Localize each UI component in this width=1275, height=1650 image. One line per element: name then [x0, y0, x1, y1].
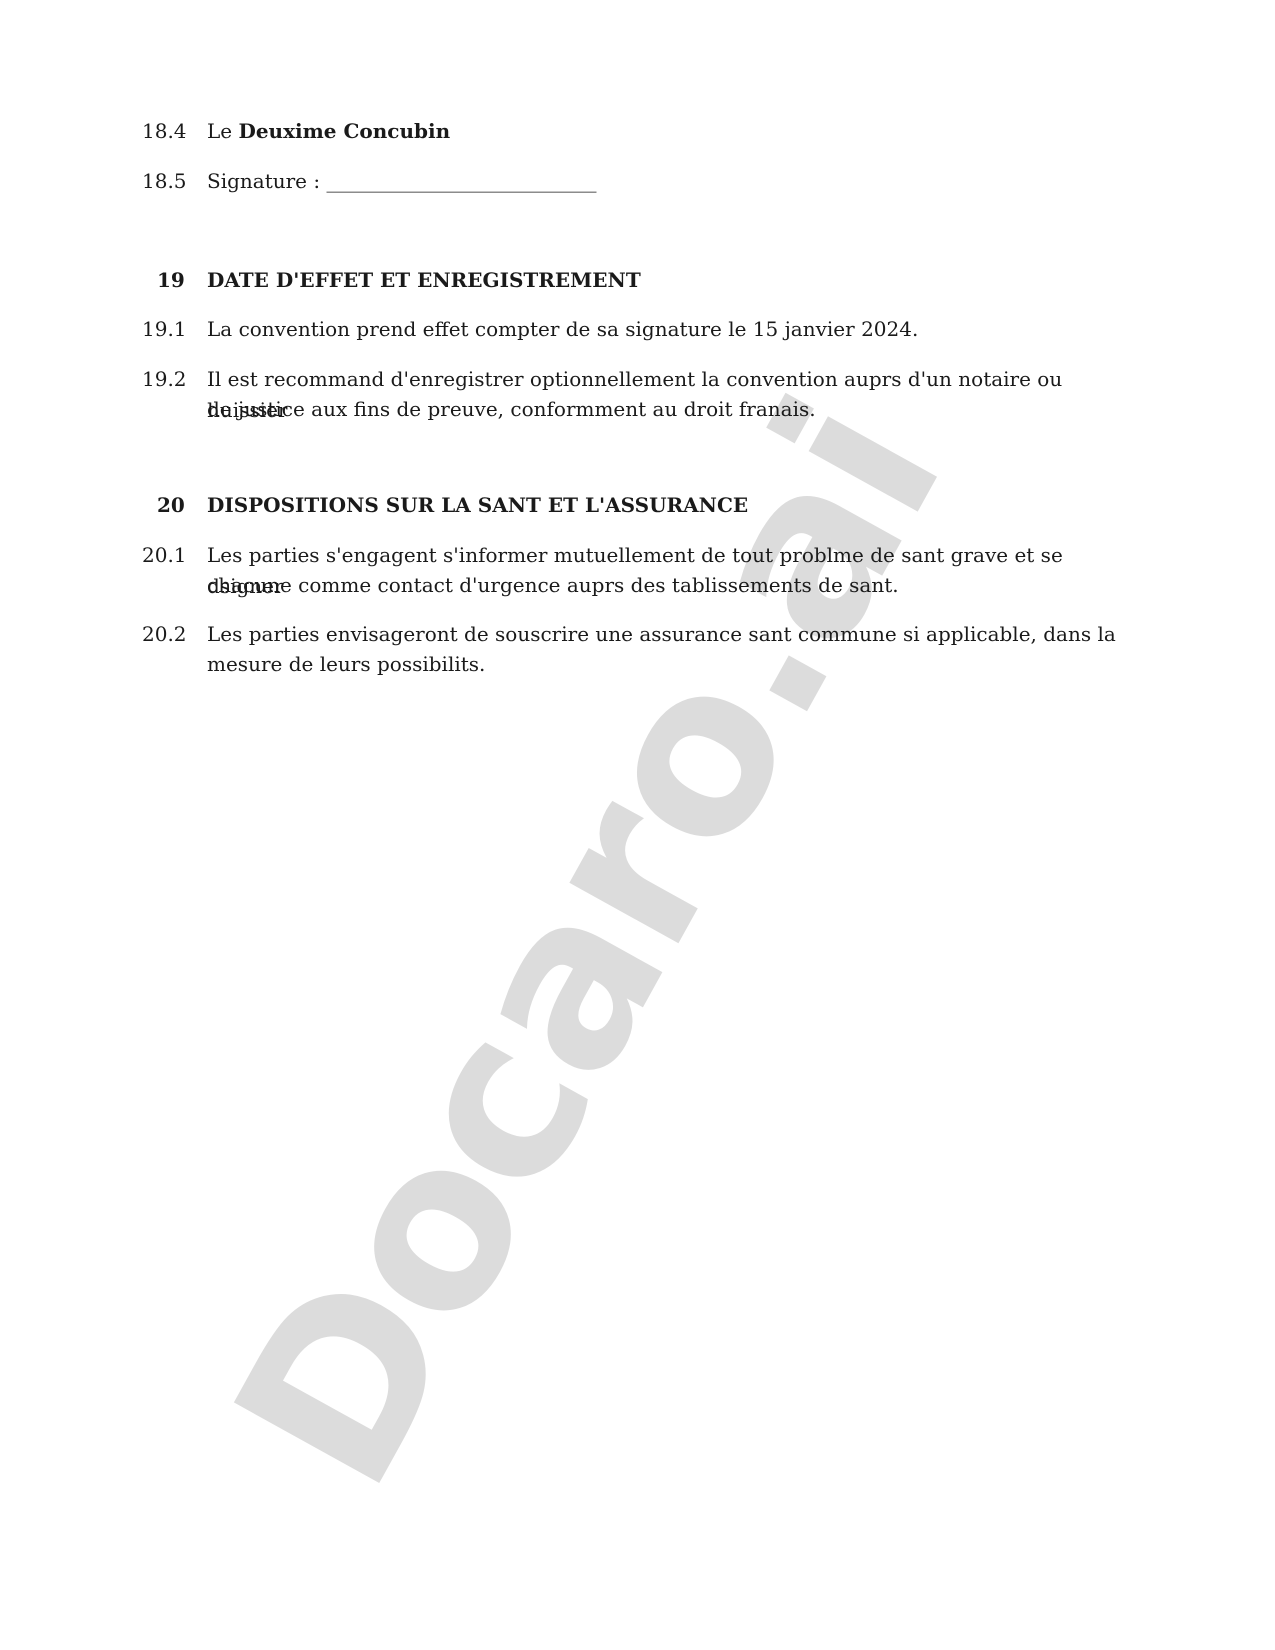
- clause-text-line-2: de justice aux fins de preuve, conformme…: [207, 394, 1127, 425]
- clause-text: Le Deuxime Concubin: [207, 116, 1127, 147]
- clause-number: 20.2: [142, 619, 192, 650]
- clause-text-line-2: chacune comme contact d'urgence auprs de…: [207, 570, 1127, 601]
- section-title: DISPOSITIONS SUR LA SANT ET L'ASSURANCE: [207, 490, 1127, 521]
- watermark: Docaro.ai: [184, 361, 992, 1528]
- clause-number: 18.4: [142, 116, 192, 147]
- clause-text: La convention prend effet compter de sa …: [207, 314, 1127, 345]
- clause-number: 19.2: [142, 364, 192, 395]
- section-number: 19: [157, 265, 207, 296]
- clause-number: 20.1: [142, 540, 192, 571]
- document-page: Docaro.ai 18.4 Le Deuxime Concubin 18.5 …: [0, 0, 1275, 1650]
- section-title: DATE D'EFFET ET ENREGISTREMENT: [207, 265, 1127, 296]
- clause-text-line-2: mesure de leurs possibilits.: [207, 649, 1127, 680]
- section-number: 20: [157, 490, 207, 521]
- clause-number: 19.1: [142, 314, 192, 345]
- signature-line: Signature : ___________________________: [207, 166, 1127, 197]
- clause-text-line-1: Les parties envisageront de souscrire un…: [207, 619, 1127, 650]
- clause-number: 18.5: [142, 166, 192, 197]
- party-name: Deuxime Concubin: [238, 119, 450, 143]
